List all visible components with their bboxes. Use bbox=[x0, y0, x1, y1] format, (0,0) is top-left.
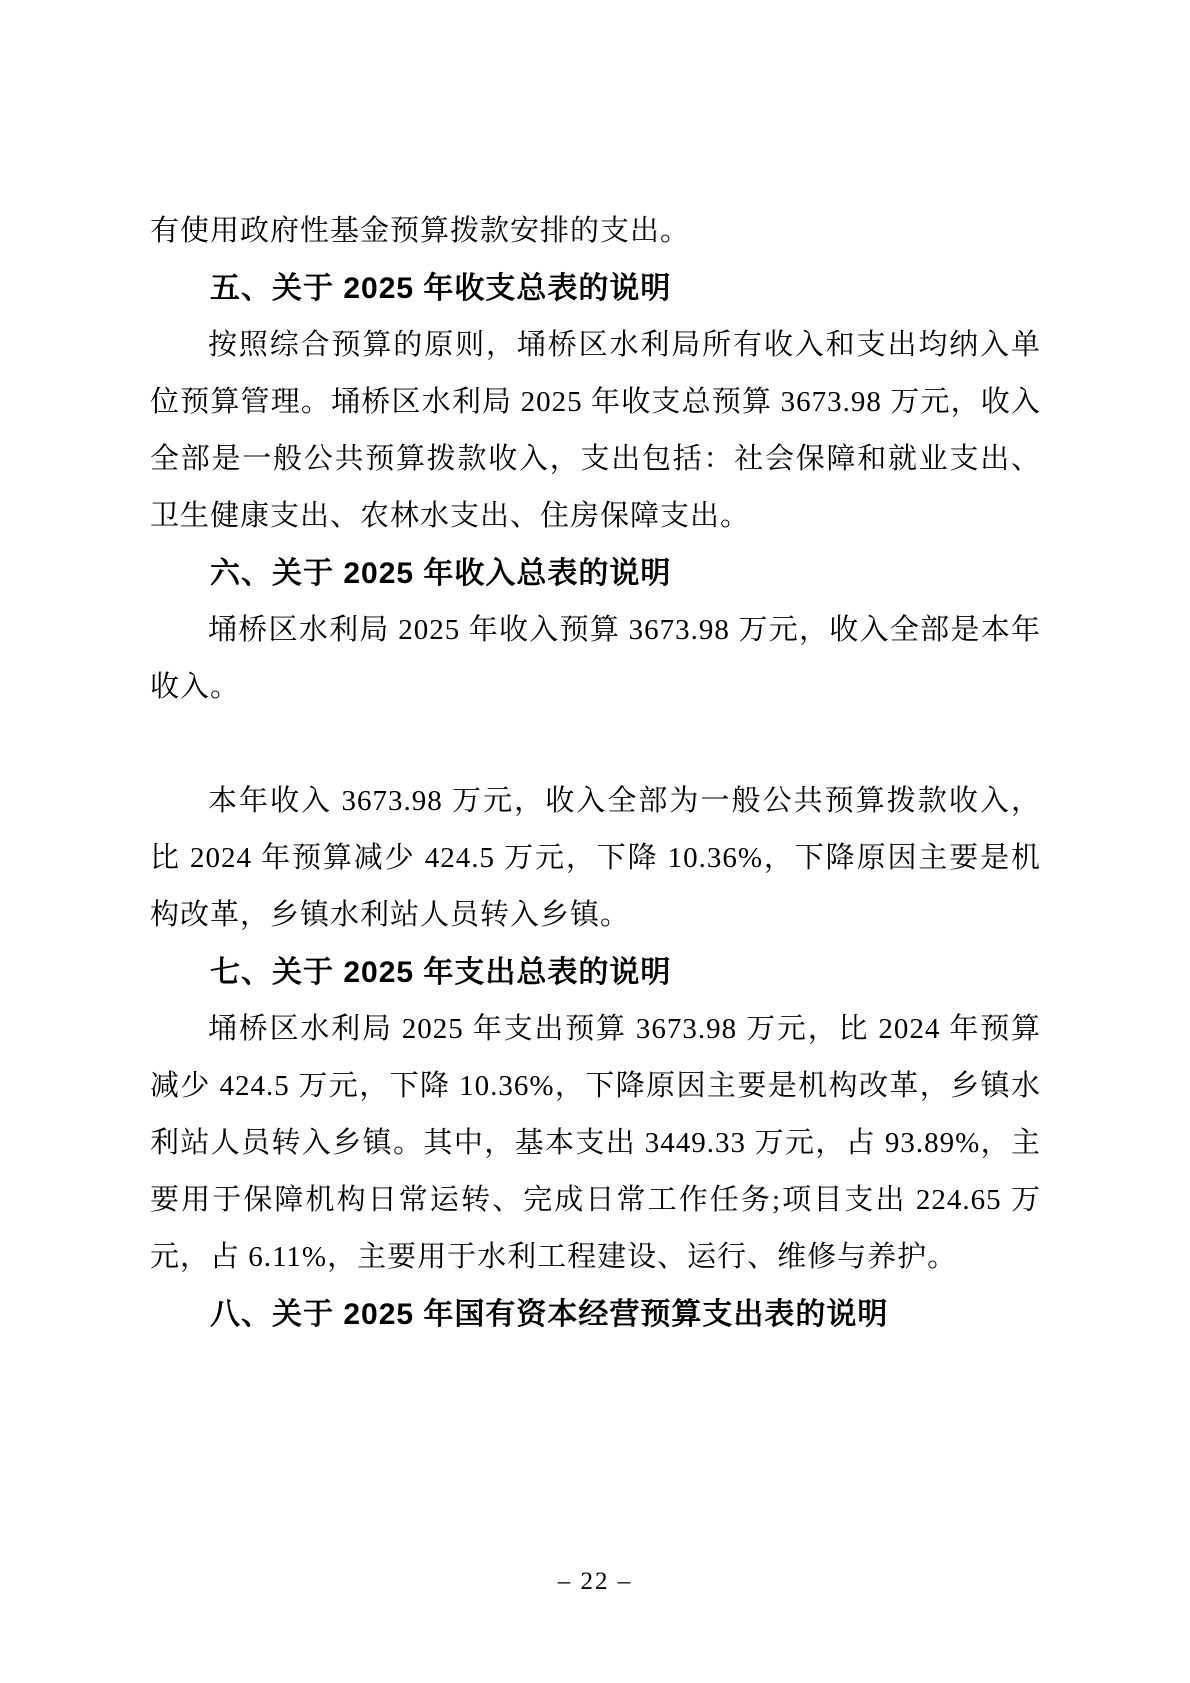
section-heading-7-expenditure-table: 七、关于 2025 年支出总表的说明 bbox=[150, 944, 1041, 1001]
document-page: 有使用政府性基金预算拨款安排的支出。 五、关于 2025 年收支总表的说明 按照… bbox=[0, 0, 1190, 1683]
paragraph-continuation-government-fund: 有使用政府性基金预算拨款安排的支出。 bbox=[150, 203, 1041, 260]
section-heading-8-state-capital-budget: 八、关于 2025 年国有资本经营预算支出表的说明 bbox=[150, 1286, 1041, 1343]
section-heading-5-overall-budget: 五、关于 2025 年收支总表的说明 bbox=[150, 260, 1041, 317]
paragraph-current-year-income: 本年收入 3673.98 万元，收入全部为一般公共预算拨款收入，比 2024 年… bbox=[150, 773, 1041, 944]
paragraph-overall-budget: 按照综合预算的原则，埇桥区水利局所有收入和支出均纳入单位预算管理。埇桥区水利局 … bbox=[150, 317, 1041, 545]
section-heading-6-income-table: 六、关于 2025 年收入总表的说明 bbox=[150, 545, 1041, 602]
paragraph-income-budget: 埇桥区水利局 2025 年收入预算 3673.98 万元，收入全部是本年收入。 bbox=[150, 602, 1041, 716]
page-content: 有使用政府性基金预算拨款安排的支出。 五、关于 2025 年收支总表的说明 按照… bbox=[150, 203, 1041, 1343]
paragraph-expenditure-budget: 埇桥区水利局 2025 年支出预算 3673.98 万元，比 2024 年预算减… bbox=[150, 1001, 1041, 1286]
page-number: – 22 – bbox=[0, 1568, 1190, 1596]
blank-line bbox=[150, 716, 1041, 773]
